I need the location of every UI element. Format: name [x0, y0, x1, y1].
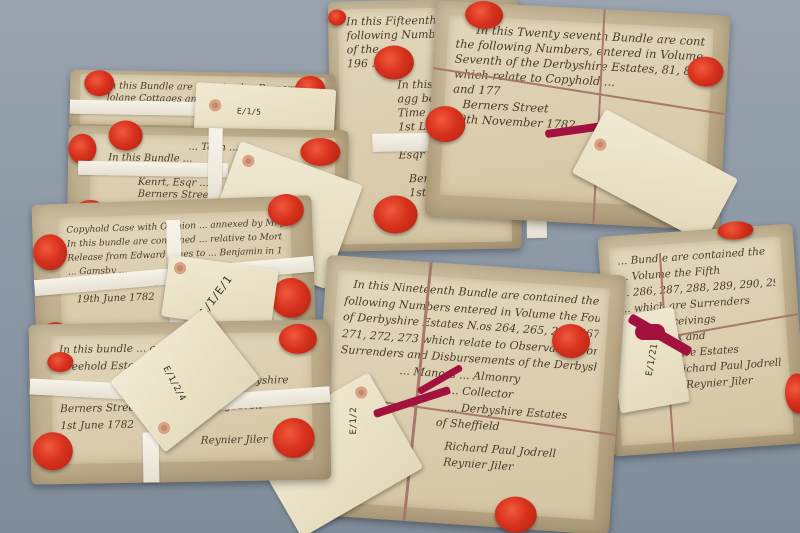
white-tape [78, 161, 228, 178]
photo-scene: In this Fifteenth Bundle following Numbe… [0, 0, 800, 533]
wax-seal-icon [279, 324, 318, 355]
tag-eyelet [353, 384, 369, 400]
white-tape [372, 133, 432, 152]
wax-seal-icon [300, 138, 340, 167]
tag-code: E/1/2/4 [161, 365, 188, 403]
tag-eyelet [156, 420, 173, 437]
wax-seal-icon [33, 432, 74, 471]
tag-eyelet [209, 99, 222, 112]
tag-eyelet [173, 261, 187, 275]
wax-seal-icon [267, 193, 304, 226]
tag-eyelet [592, 137, 608, 153]
tag-code: E/1/5 [237, 107, 262, 117]
red-ribbon [635, 324, 665, 340]
tag-code: E/1/21 [645, 343, 660, 377]
tag-eyelet [241, 153, 256, 168]
tag-code: E/1/2 [349, 407, 359, 434]
